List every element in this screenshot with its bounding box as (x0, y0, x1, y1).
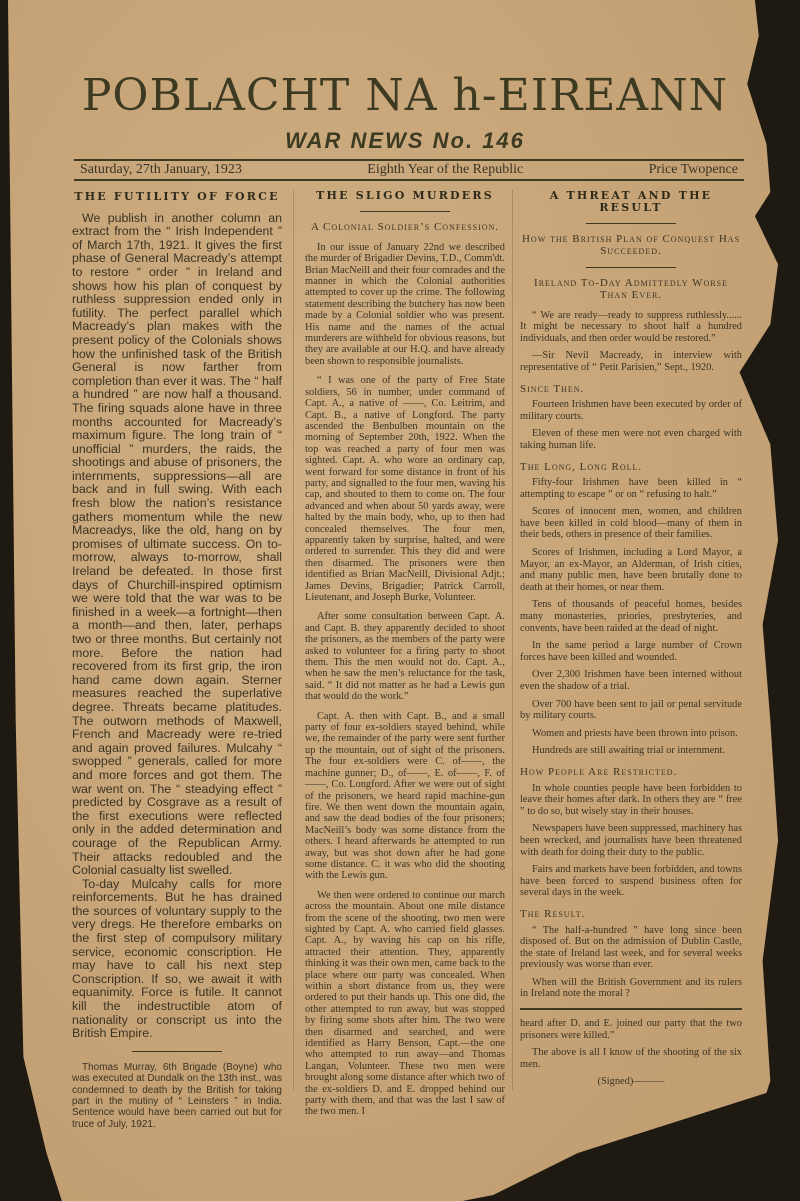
issue-date: Saturday, 27th January, 1923 (80, 162, 242, 178)
article-subheading: Ireland To-Day Admittedly Worse Than Eve… (520, 278, 742, 301)
article-subheading: A Colonial Soldier’s Confession. (305, 222, 505, 233)
section-paragraph: In the same period a large number of Cro… (520, 640, 742, 663)
continuation-paragraph: heard after D. and E. joined our party t… (520, 1018, 742, 1041)
divider (520, 1008, 742, 1010)
newspaper-title: POBLACHT NA h-EIREANN (70, 70, 740, 122)
column-divider (293, 190, 294, 1090)
section-paragraph: Fifty-four Irishmen have been killed in … (520, 477, 742, 500)
article-paragraph: We publish in another column an extract … (72, 212, 282, 878)
section-paragraph: When will the British Government and its… (520, 977, 742, 1000)
article-paragraph: We then were ordered to continue our mar… (305, 890, 505, 1118)
murray-note: Thomas Murray, 6th Brigade (Boyne) who w… (72, 1062, 282, 1130)
quote-attribution: —Sir Nevil Macready, in interview with r… (520, 350, 742, 373)
section-paragraph: “ The half-a-hundred ” have long since b… (520, 925, 742, 971)
article-paragraph: In our issue of January 22nd we describe… (305, 242, 505, 367)
section-title: How People Are Restricted. (520, 767, 742, 779)
section-paragraph: In whole counties people have been forbi… (520, 783, 742, 818)
section-paragraph: Women and priests have been thrown into … (520, 728, 742, 740)
republic-year: Eighth Year of the Republic (367, 162, 523, 178)
price: Price Twopence (649, 162, 738, 178)
article-paragraph: Capt. A. then with Capt. B., and a small… (305, 711, 505, 882)
divider (360, 211, 450, 212)
article-sligo-murders: THE SLIGO MURDERS A Colonial Soldier’s C… (305, 190, 505, 1126)
section-paragraph: Eleven of these men were not even charge… (520, 428, 742, 451)
section-title: The Long, Long Roll. (520, 462, 742, 474)
article-heading: THE FUTILITY OF FORCE (72, 190, 282, 204)
article-paragraph: To-day Mulcahy calls for more reinforcem… (72, 878, 282, 1041)
column-divider (512, 190, 513, 1090)
divider (586, 267, 676, 268)
section-paragraph: Fairs and markets have been forbidden, a… (520, 864, 742, 899)
section-paragraph: Over 2,300 Irishmen have been interned w… (520, 669, 742, 692)
continuation-paragraph: The above is all I know of the shooting … (520, 1047, 742, 1070)
dateline: Saturday, 27th January, 1923 Eighth Year… (74, 159, 744, 181)
divider (132, 1051, 222, 1052)
section-paragraph: Scores of innocent men, women, and child… (520, 506, 742, 541)
newspaper-subtitle: WAR NEWS No. 146 (70, 128, 740, 154)
masthead: POBLACHT NA h-EIREANN WAR NEWS No. 146 (70, 70, 740, 154)
article-subheading: How the British Plan of Conquest Has Suc… (520, 234, 742, 257)
article-futility-of-force: THE FUTILITY OF FORCE We publish in anot… (72, 190, 282, 1130)
signature: (Signed)——— (520, 1076, 742, 1088)
divider (586, 223, 676, 224)
section-paragraph: Fourteen Irishmen have been executed by … (520, 399, 742, 422)
article-heading: A THREAT AND THE RESULT (520, 190, 742, 213)
section-paragraph: Over 700 have been sent to jail or penal… (520, 699, 742, 722)
section-title: The Result. (520, 909, 742, 921)
section-paragraph: Newspapers have been suppressed, machine… (520, 823, 742, 858)
section-paragraph: Hundreds are still awaiting trial or int… (520, 745, 742, 757)
sections: Since Then.Fourteen Irishmen have been e… (520, 384, 742, 1001)
section-paragraph: Tens of thousands of peaceful homes, bes… (520, 599, 742, 634)
section-title: Since Then. (520, 384, 742, 396)
article-paragraph: After some consultation between Capt. A.… (305, 611, 505, 702)
article-heading: THE SLIGO MURDERS (305, 190, 505, 201)
section-paragraph: Scores of Irishmen, including a Lord May… (520, 547, 742, 593)
macready-quote: “ We are ready—ready to suppress ruthles… (520, 310, 742, 345)
article-threat-and-result: A THREAT AND THE RESULT How the British … (520, 190, 742, 1094)
article-paragraph: “ I was one of the party of Free State s… (305, 375, 505, 603)
